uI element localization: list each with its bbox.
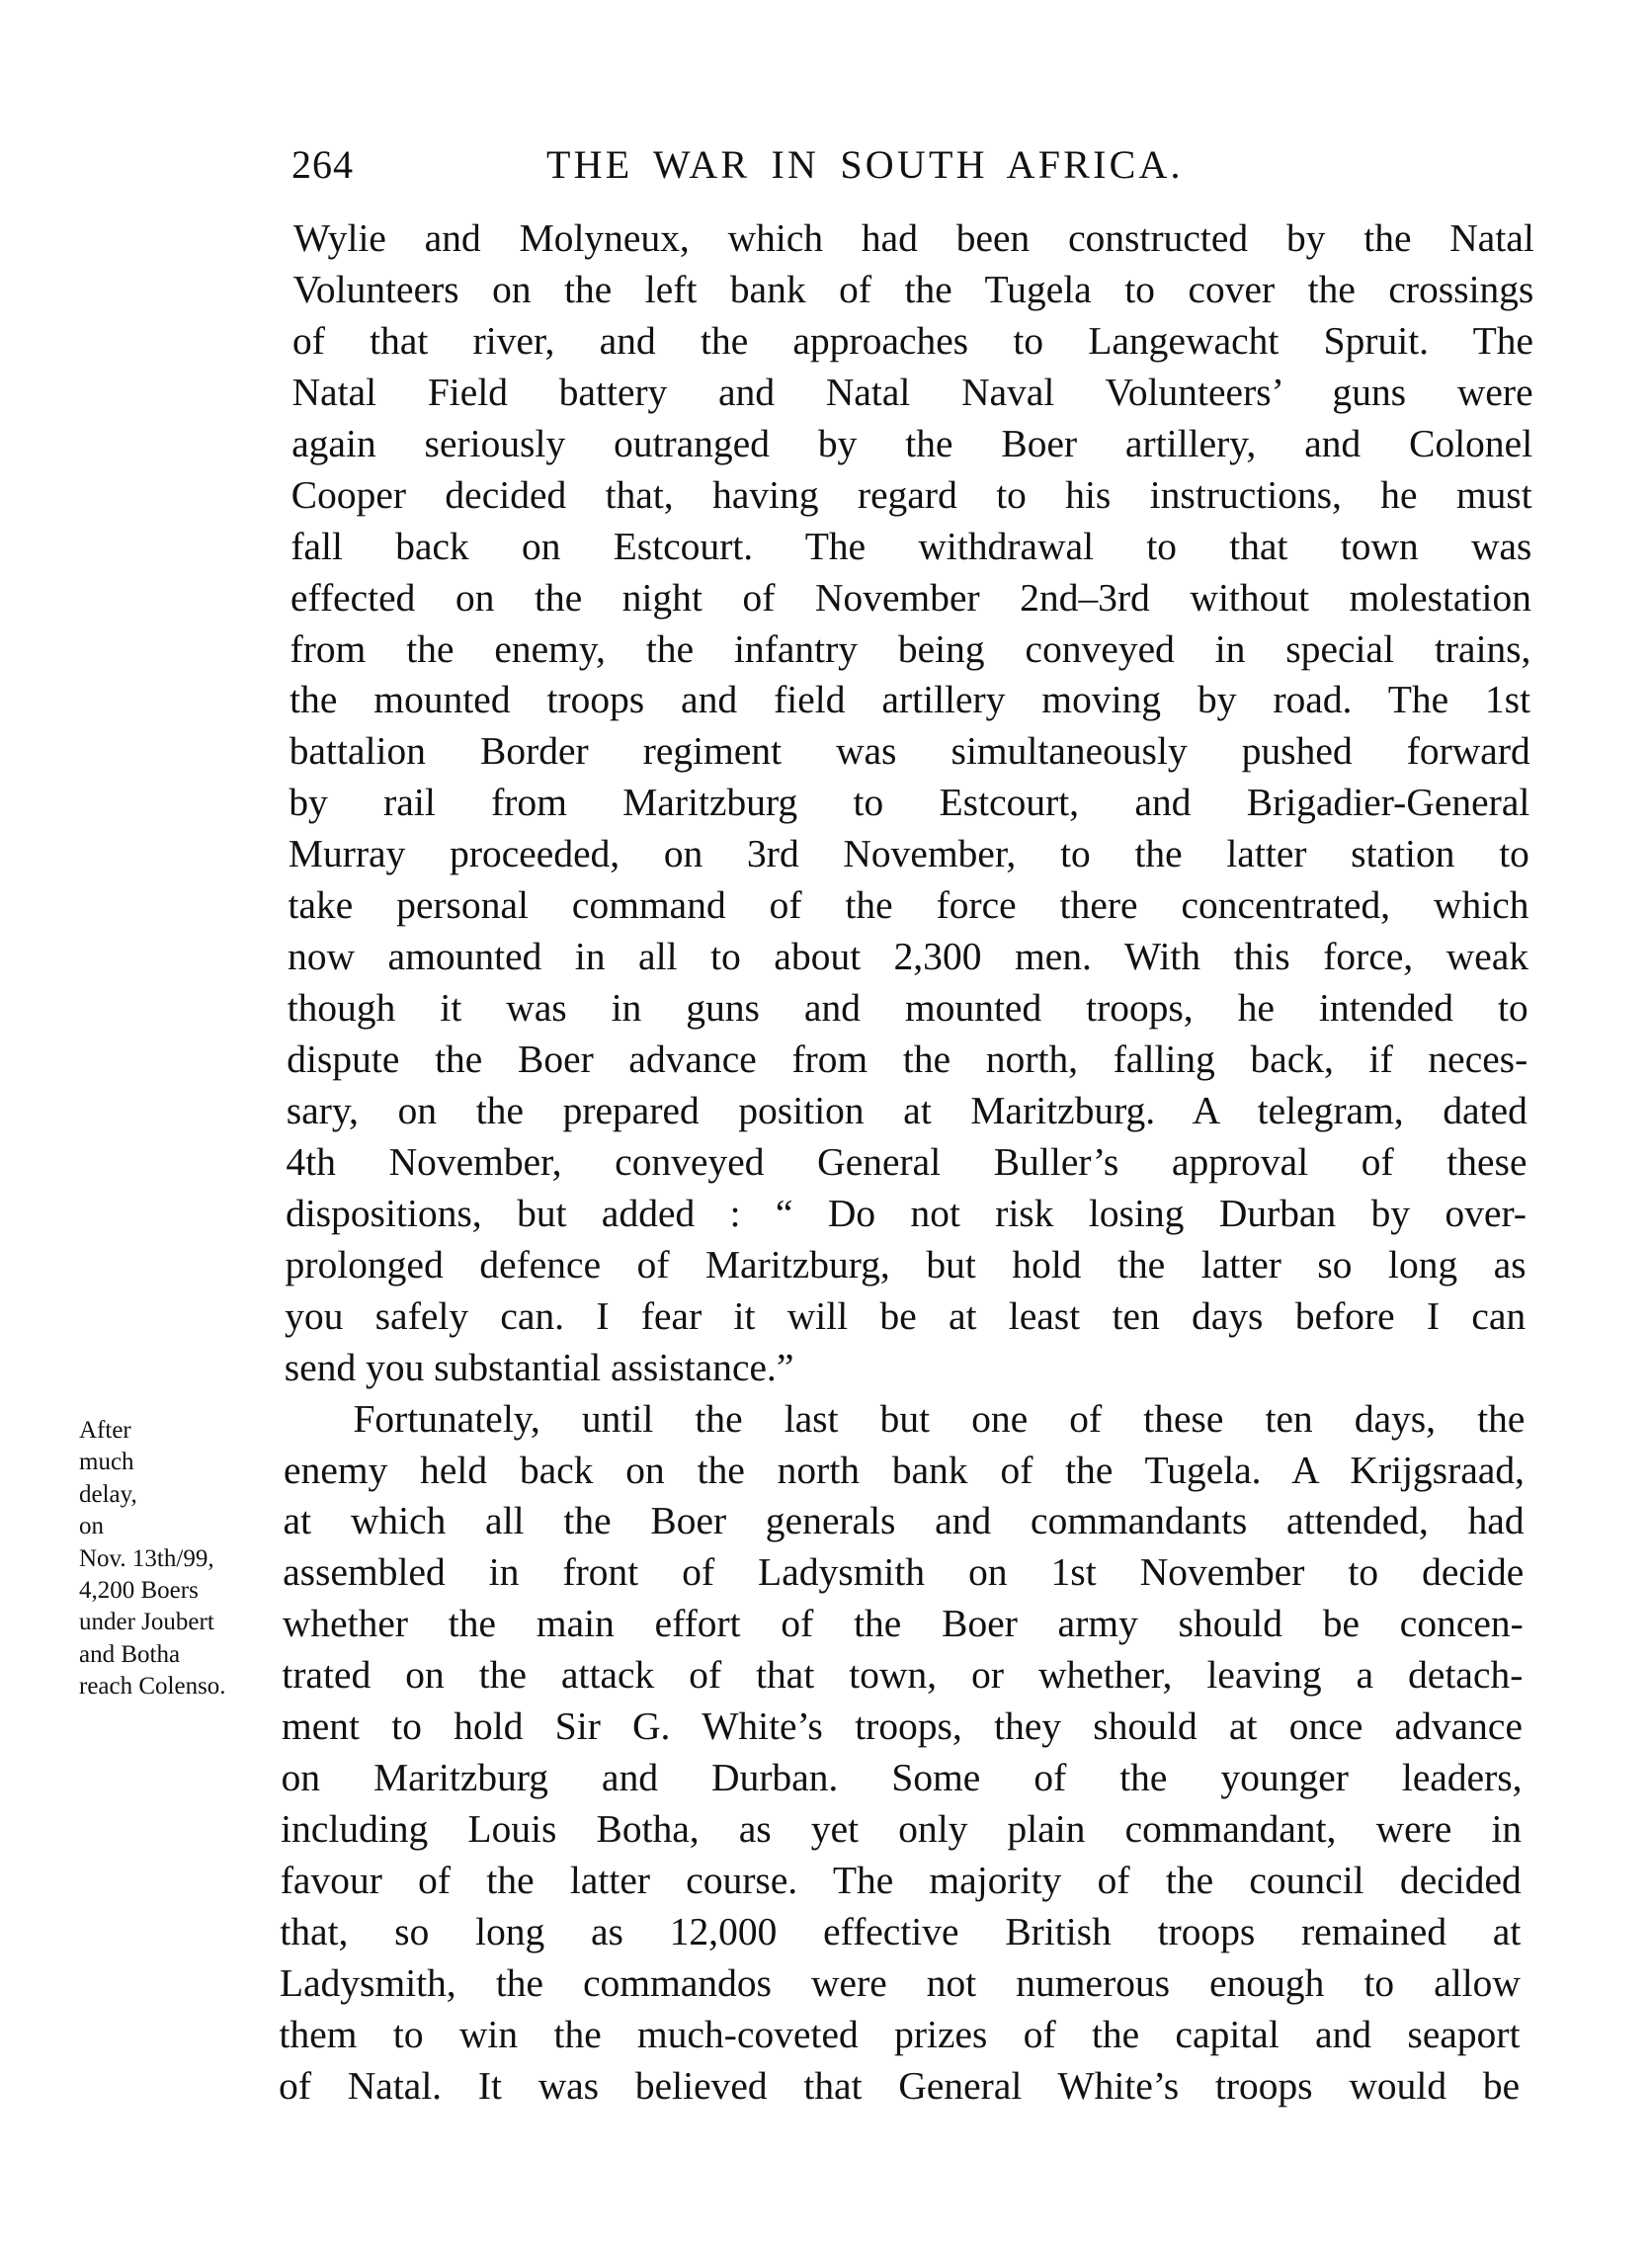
text-line: dispositions, but added : “ Do not risk …	[286, 1189, 1527, 1240]
running-title: THE WAR IN SOUTH AFRICA.	[546, 140, 1184, 190]
text-line: Cooper decided that, having regard to hi…	[291, 470, 1532, 522]
text-line: favour of the latter course. The majorit…	[281, 1856, 1522, 1907]
text-line: at which all the Boer generals and comma…	[283, 1496, 1524, 1547]
text-line: by rail from Maritzburg to Estcourt, and…	[289, 778, 1529, 829]
marginal-note-line: reach Colenso.	[79, 1671, 287, 1702]
body-text: Wylie and Molyneux, which had been const…	[279, 213, 1534, 2113]
marginal-note-line: under Joubert	[79, 1607, 287, 1638]
text-line: 4th November, conveyed General Buller’s …	[286, 1137, 1527, 1189]
text-line: again seriously outranged by the Boer ar…	[291, 419, 1532, 470]
text-line: dispute the Boer advance from the north,…	[287, 1035, 1528, 1086]
marginal-note-line: and Botha	[79, 1639, 287, 1671]
running-head: 264 THE WAR IN SOUTH AFRICA.	[291, 140, 1536, 190]
paragraph-continued: Wylie and Molyneux, which had been const…	[285, 213, 1534, 1394]
text-line: Wylie and Molyneux, which had been const…	[293, 213, 1534, 265]
text-line: ment to hold Sir G. White’s troops, they…	[282, 1702, 1523, 1753]
text-line: trated on the attack of that town, or wh…	[282, 1650, 1523, 1702]
text-line: Volunteers on the left bank of the Tugel…	[292, 265, 1533, 316]
text-line: sary, on the prepared position at Maritz…	[287, 1086, 1528, 1137]
text-line: whether the main effort of the Boer army…	[283, 1599, 1524, 1650]
paragraph: Fortunately, until the last but one of t…	[279, 1394, 1526, 2113]
text-line: the mounted troops and field artillery m…	[289, 675, 1530, 726]
text-line: though it was in guns and mounted troops…	[287, 983, 1528, 1035]
text-line: of Natal. It was believed that General W…	[279, 2061, 1520, 2113]
text-line: Fortunately, until the last but one of t…	[284, 1394, 1525, 1446]
marginal-note-line: 4,200 Boers	[79, 1575, 287, 1607]
text-line: prolonged defence of Maritzburg, but hol…	[285, 1240, 1526, 1291]
marginal-note-line: After	[79, 1415, 287, 1447]
marginal-note-line: on	[79, 1511, 287, 1542]
text-line: effected on the night of November 2nd–3r…	[290, 573, 1531, 624]
text-line: fall back on Estcourt. The withdrawal to…	[290, 522, 1531, 573]
page-number: 264	[291, 140, 354, 190]
text-line: of that river, and the approaches to Lan…	[292, 316, 1533, 368]
text-line: from the enemy, the infantry being conve…	[289, 624, 1530, 676]
text-line: that, so long as 12,000 effective Britis…	[280, 1907, 1521, 1958]
marginal-note-line: Nov. 13th/99,	[79, 1543, 287, 1575]
text-line: assembled in front of Ladysmith on 1st N…	[283, 1547, 1524, 1599]
text-line: them to win the much-coveted prizes of t…	[279, 2010, 1520, 2061]
text-line: take personal command of the force there…	[288, 880, 1528, 932]
text-line: Ladysmith, the commandos were not numero…	[280, 1958, 1521, 2010]
text-line: on Maritzburg and Durban. Some of the yo…	[281, 1753, 1522, 1804]
text-line: you safely can. I fear it will be at lea…	[285, 1291, 1526, 1343]
text-line: enemy held back on the north bank of the…	[284, 1446, 1525, 1497]
book-page: 264 THE WAR IN SOUTH AFRICA. After much …	[0, 0, 1652, 2242]
marginal-note-line: delay,	[79, 1479, 287, 1511]
text-line: now amounted in all to about 2,300 men. …	[288, 932, 1528, 983]
text-line: Natal Field battery and Natal Naval Volu…	[291, 368, 1532, 419]
marginal-note: After much delay, on Nov. 13th/99, 4,200…	[79, 1415, 287, 1703]
text-line: including Louis Botha, as yet only plain…	[281, 1804, 1522, 1856]
marginal-note-line: much	[79, 1447, 287, 1478]
text-line: Murray proceeded, on 3rd November, to th…	[289, 829, 1529, 880]
text-line: send you substantial assistance.”	[285, 1343, 1526, 1394]
text-line: battalion Border regiment was simultaneo…	[289, 726, 1530, 778]
